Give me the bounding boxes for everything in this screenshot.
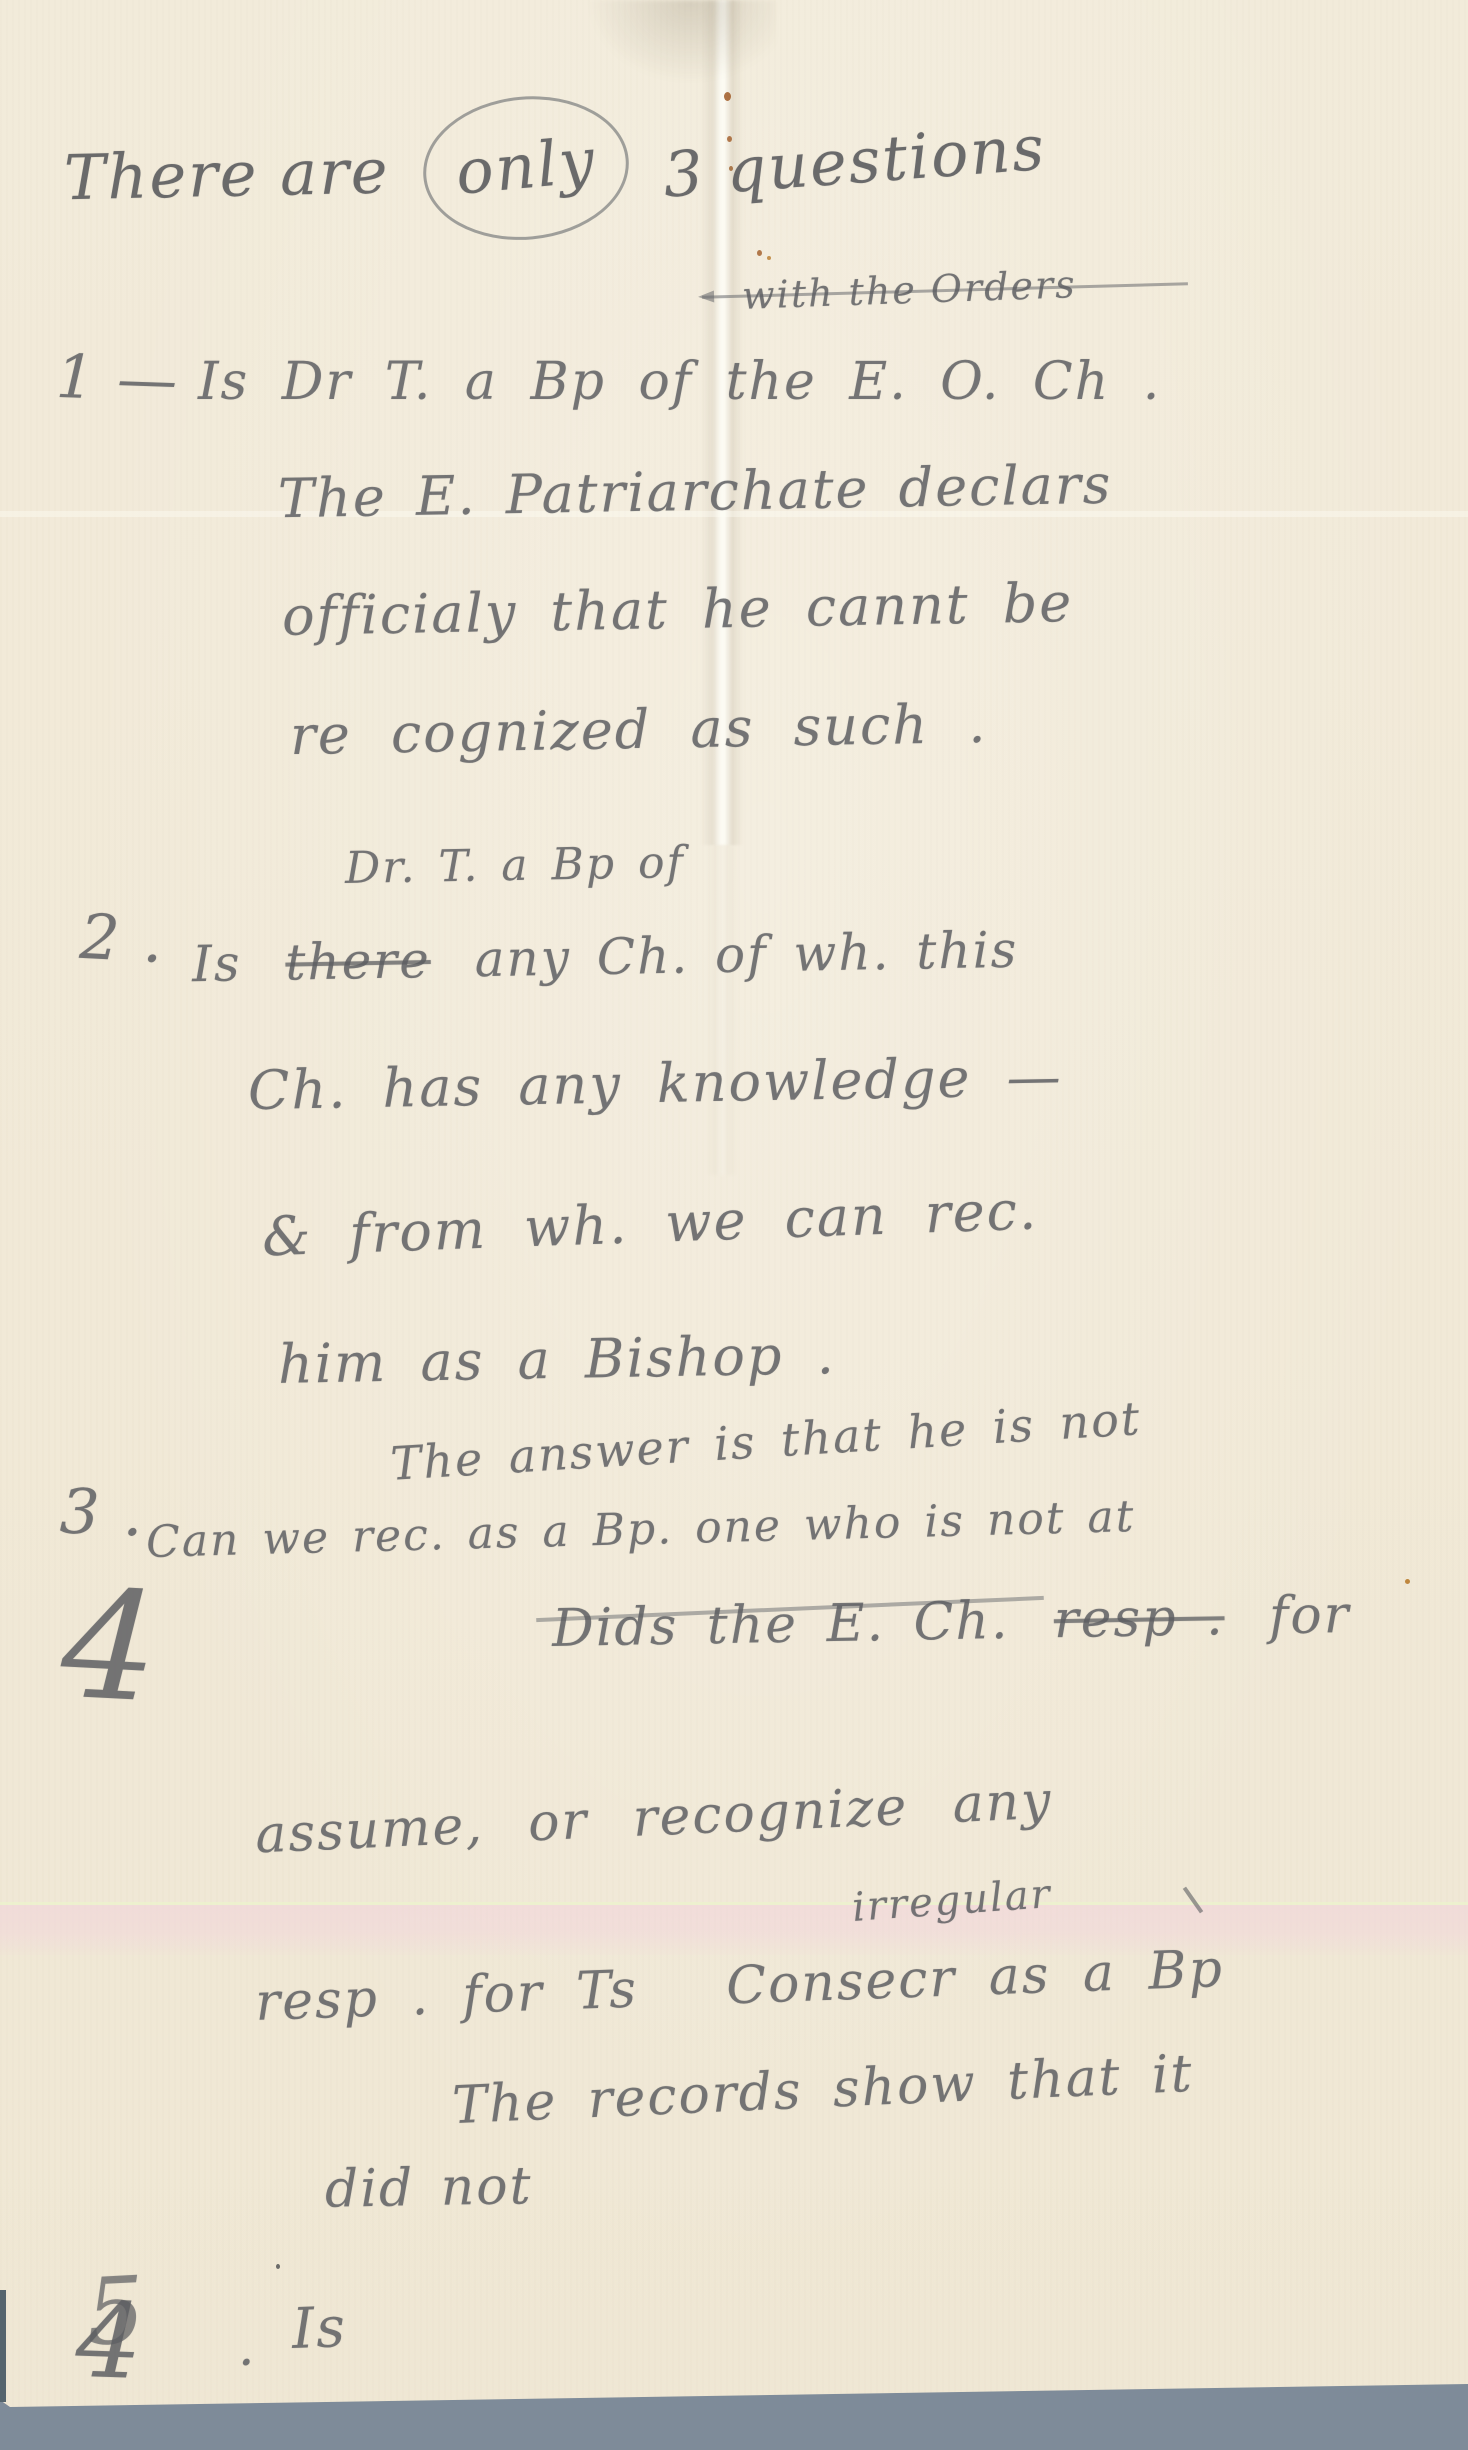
- q1-answer-line-3: re cognized as such .: [290, 692, 988, 767]
- title-circled-word: only: [417, 88, 635, 249]
- title-line: There are only 3 questions: [63, 86, 1048, 250]
- title-pre: There are: [63, 134, 390, 214]
- q4-line1-struck-word: resp .: [1053, 1587, 1225, 1650]
- title-post: 3 questions: [661, 111, 1048, 212]
- q4-line-5: did not: [324, 2156, 532, 2220]
- rust-spot: [1405, 1579, 1410, 1584]
- q2-line-4: him as a Bishop .: [277, 1323, 836, 1396]
- q5-number-stack: 5 4: [72, 2258, 232, 2448]
- rust-spot: [767, 256, 771, 260]
- paper-edge-sliver: [0, 2290, 6, 2402]
- q5-dot: .: [238, 2318, 257, 2378]
- q4-line1-post: for: [1269, 1585, 1351, 1646]
- q4-line1-pre: Dids the E. Ch.: [552, 1591, 1010, 1659]
- q2-number: 2 .: [78, 900, 167, 977]
- q5-line: Is: [291, 2295, 348, 2362]
- rust-spot: [757, 250, 762, 256]
- ink-fleck: [276, 2264, 280, 2269]
- top-fold-shadow: [586, 0, 776, 84]
- vertical-crease-faint: [706, 845, 738, 1175]
- q2-insertion: Dr. T. a Bp of: [345, 837, 686, 894]
- q5-number-under: 4: [74, 2279, 146, 2403]
- q1-line: Is Dr T. a Bp of the E. O. Ch .: [198, 352, 1161, 412]
- q4-number: 4: [58, 1558, 162, 1737]
- q2-line1-post: any Ch. of wh. this: [474, 921, 1019, 988]
- scanned-note: There are only 3 questions with the Orde…: [0, 0, 1468, 2450]
- q2-line1-struck-word: there: [285, 931, 431, 992]
- q1-number: 1 —: [55, 342, 181, 416]
- insertion-arrowhead-icon: [698, 290, 714, 302]
- q2-line1-pre: Is: [192, 934, 242, 993]
- scan-pink-band: [0, 1905, 1468, 1955]
- q3-number: 3 .: [59, 1475, 146, 1551]
